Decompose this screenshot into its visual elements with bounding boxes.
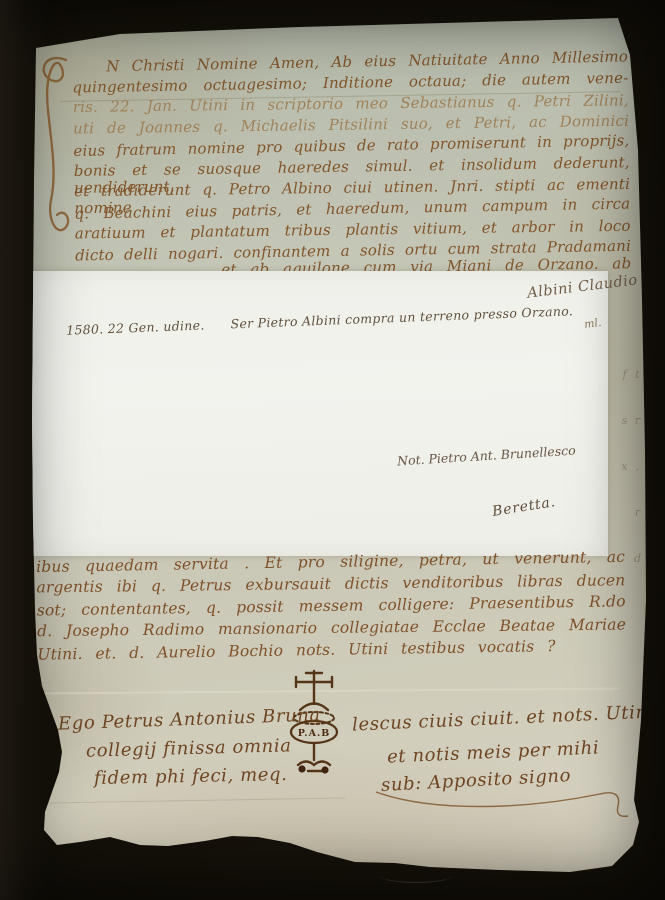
margin-abbrev: ml. xyxy=(583,317,602,330)
archivist-signature: Beretta. xyxy=(491,495,556,519)
photo-frame: N Christi Nomine Amen, Ab eius Natiuitat… xyxy=(0,0,665,900)
owner-note: Albini Claudio xyxy=(527,273,639,301)
parchment-page: N Christi Nomine Amen, Ab eius Natiuitat… xyxy=(0,0,665,900)
closing-line: lescus ciuis ciuit. et nots. Utini xyxy=(352,703,655,734)
crease-line xyxy=(45,797,345,803)
catalog-summary: Ser Pietro Albini compra un terreno pres… xyxy=(230,303,573,331)
stray-fiber xyxy=(380,868,452,883)
main-text-block: N Christi Nomine Amen, Ab eius Natiuitat… xyxy=(72,49,632,298)
closing-line: collegij finissa omnia xyxy=(86,737,292,760)
illuminated-initial-flourish xyxy=(36,50,76,246)
notary-monogram: P.A.B xyxy=(298,728,331,739)
catalog-date: 1580. 22 Gen. udine. xyxy=(66,317,205,337)
lower-text-block: ibus quaedam servita . Et pro siligine, … xyxy=(36,548,627,671)
archivist-slip: Albini Claudio 1580. 22 Gen. udine.Ser P… xyxy=(29,271,608,556)
pen-swash-flourish xyxy=(372,786,640,828)
manuscript-line: Utini. et. d. Aurelio Bochio nots. Utini… xyxy=(37,638,556,664)
notary-attribution-note: Not. Pietro Ant. Brunellesco xyxy=(397,445,576,468)
catalog-row: 1580. 22 Gen. udine.Ser Pietro Albini co… xyxy=(66,305,573,337)
closing-line: et notis meis per mihi xyxy=(387,739,600,766)
closing-line: fidem phi feci, meq. xyxy=(94,766,288,788)
